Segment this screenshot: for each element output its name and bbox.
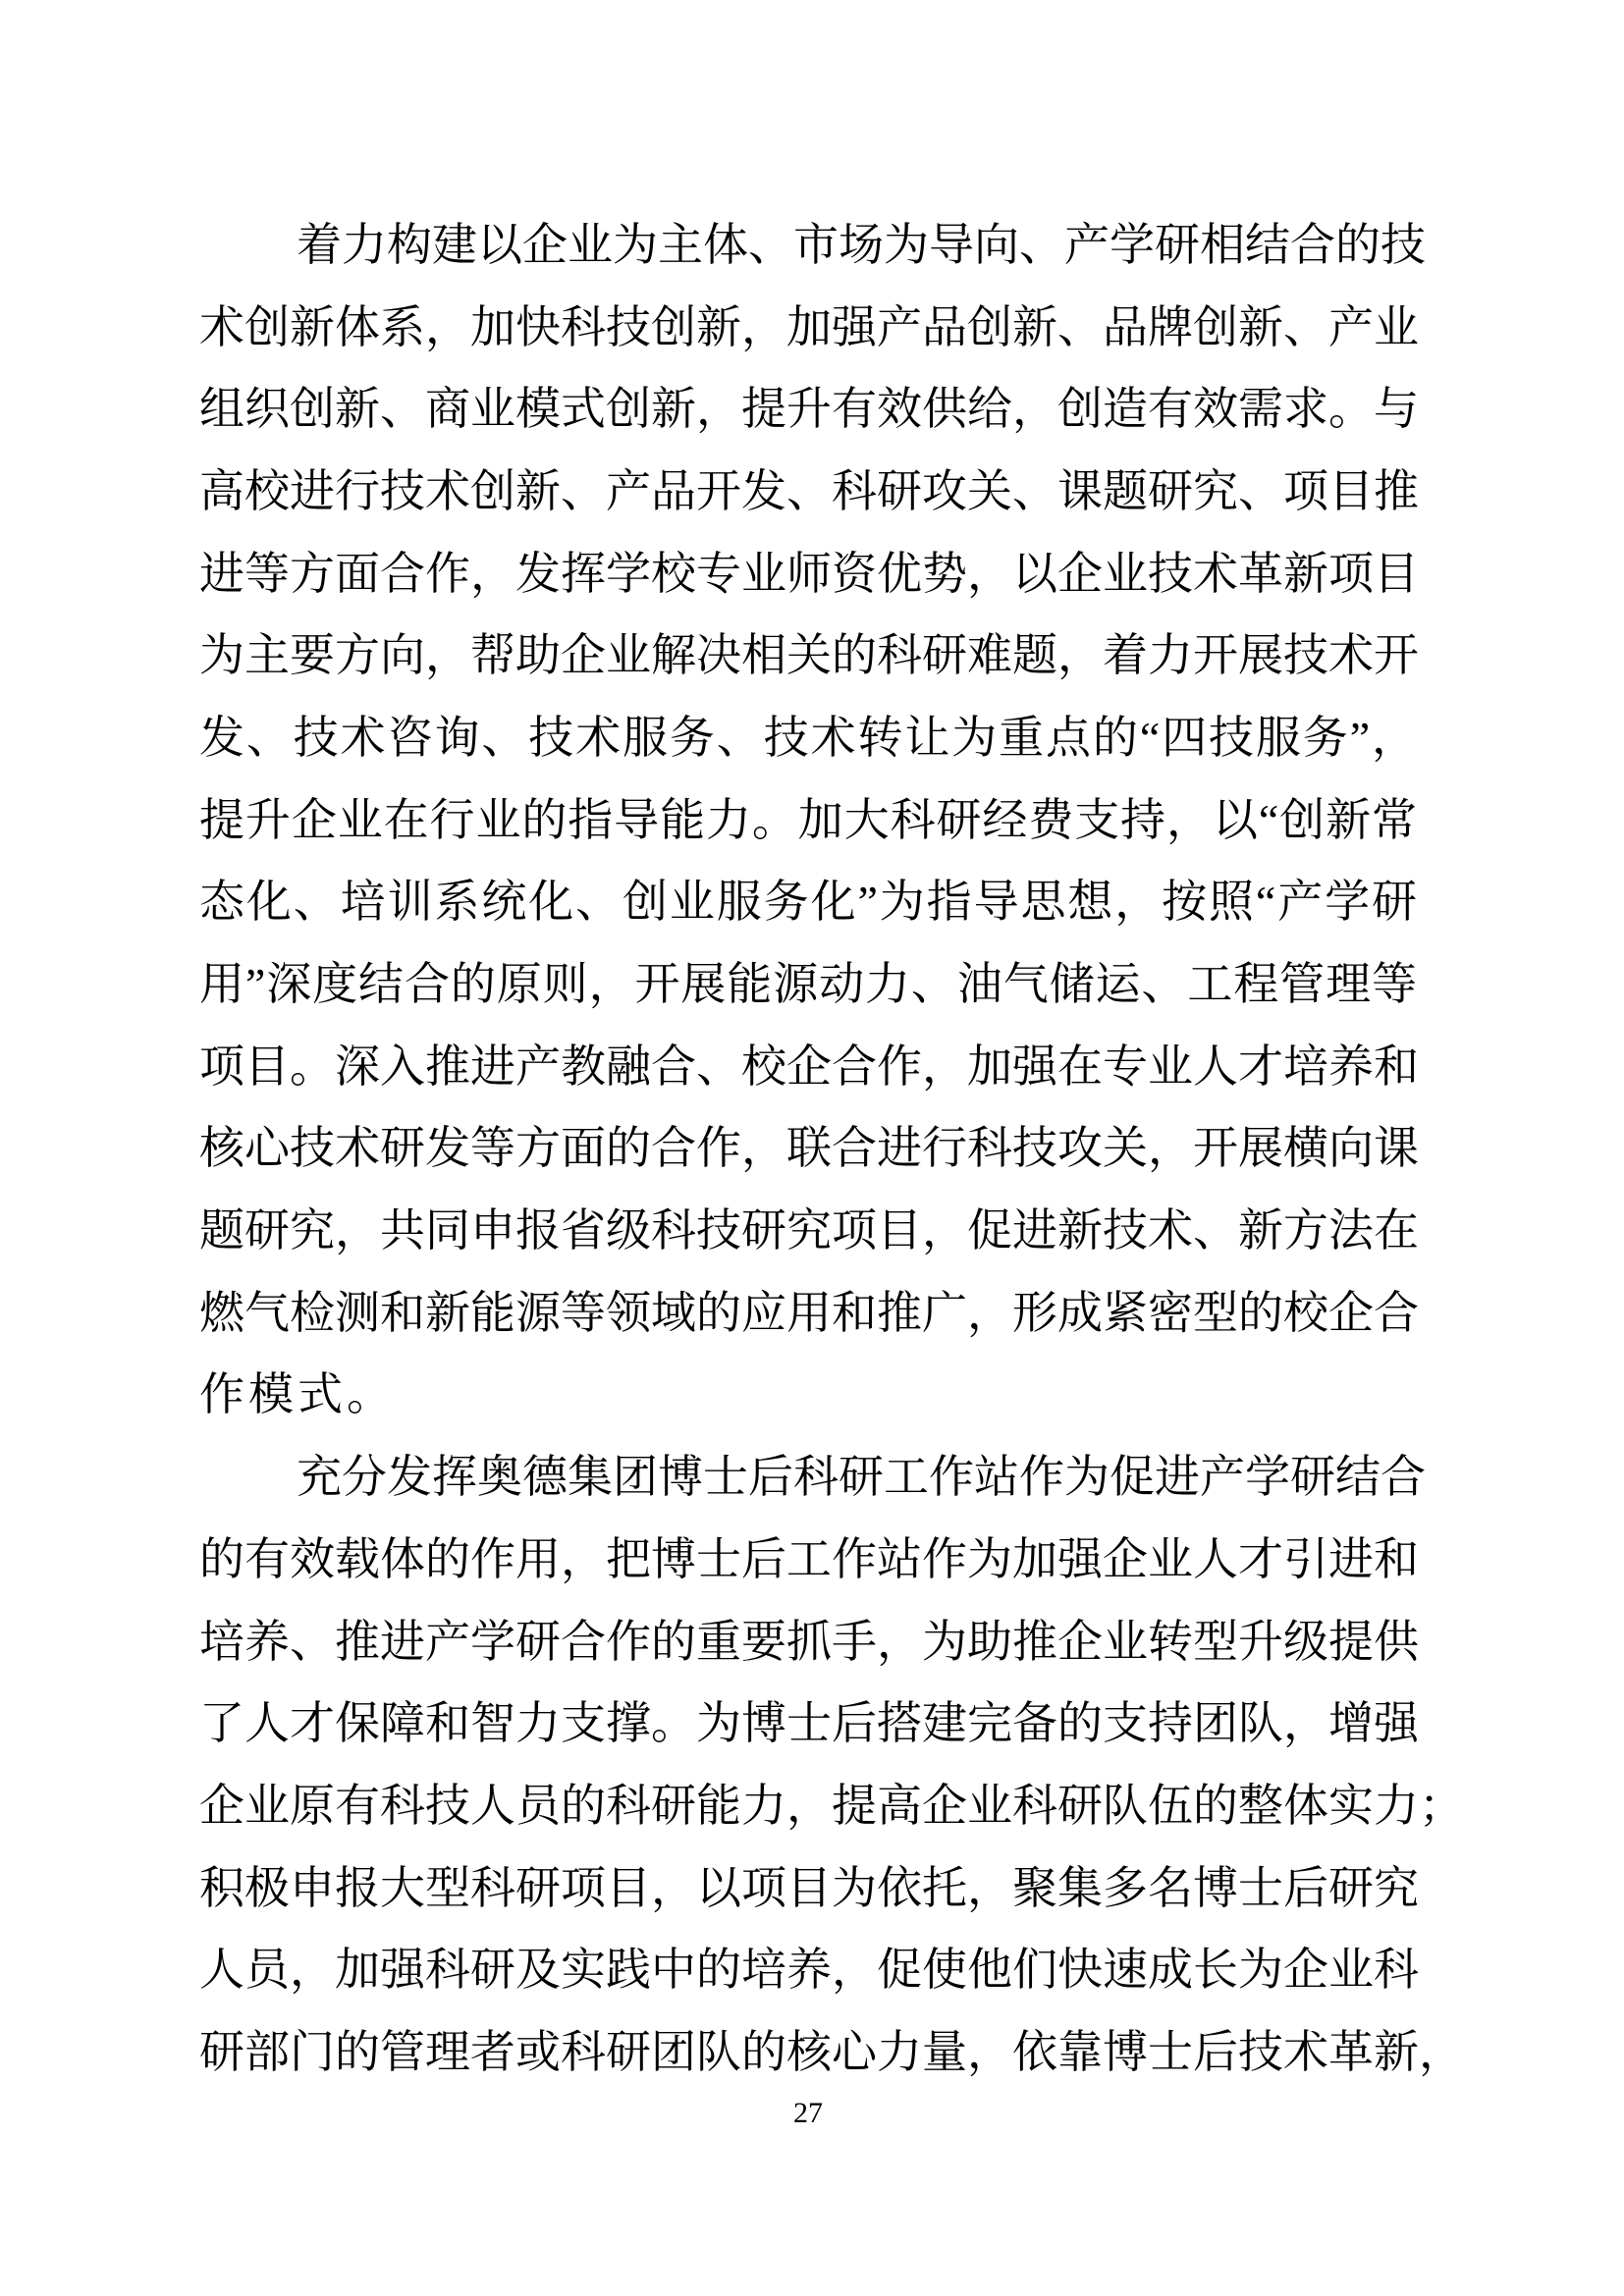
glyph: 团 — [613, 1455, 658, 1500]
glyph: 研 — [937, 798, 982, 843]
glyph: 的 — [1335, 223, 1380, 268]
glyph: 、 — [1141, 962, 1186, 1007]
glyph: 新 — [425, 1291, 470, 1336]
glyph: 术 — [1283, 2030, 1328, 2075]
glyph: 整 — [1238, 1784, 1283, 1829]
glyph: 技 — [380, 469, 425, 514]
glyph: 发 — [199, 716, 244, 761]
glyph: 建 — [922, 1701, 967, 1746]
glyph: 长 — [1193, 1948, 1238, 1993]
glyph: 创 — [290, 387, 335, 432]
glyph: 目 — [1328, 469, 1374, 514]
glyph: 、 — [1057, 305, 1103, 350]
glyph: 中 — [651, 1948, 696, 1993]
glyph: 推 — [1012, 1620, 1057, 1665]
glyph: 载 — [335, 1537, 380, 1582]
glyph: 理 — [1326, 962, 1371, 1007]
glyph: 研 — [380, 1126, 425, 1171]
glyph: 促 — [967, 1208, 1012, 1254]
glyph: 团 — [1193, 1701, 1238, 1746]
glyph: 应 — [741, 1291, 786, 1336]
glyph: 增 — [1328, 1701, 1374, 1746]
glyph: 备 — [1012, 1701, 1057, 1746]
glyph: 能 — [470, 1291, 515, 1336]
glyph: 快 — [515, 305, 561, 350]
glyph: 求 — [1283, 387, 1328, 432]
glyph: 作 — [929, 1455, 974, 1500]
glyph: 帮 — [470, 633, 515, 678]
glyph: 作 — [606, 1620, 651, 1665]
glyph: 牌 — [1148, 305, 1193, 350]
glyph: 的 — [832, 633, 877, 678]
glyph: 目 — [606, 1866, 651, 1911]
glyph: 促 — [1110, 1455, 1155, 1500]
text-line: 题研究，共同申报省级科技研究项目，促进新技术、新方法在 — [199, 1190, 1417, 1272]
glyph: 展 — [680, 962, 726, 1007]
glyph: 态 — [199, 880, 244, 925]
glyph: 新 — [651, 387, 696, 432]
glyph: 申 — [470, 1208, 515, 1254]
glyph: 学 — [606, 552, 651, 597]
glyph: 训 — [388, 880, 433, 925]
glyph: 题 — [1012, 633, 1057, 678]
glyph: 领 — [606, 1291, 651, 1336]
glyph: 有 — [832, 387, 877, 432]
glyph: 作 — [1019, 1455, 1064, 1500]
glyph: 技 — [1283, 633, 1328, 678]
glyph: 校 — [741, 1044, 786, 1090]
glyph: ， — [1372, 716, 1417, 761]
glyph: 强 — [380, 1948, 425, 1993]
glyph: 转 — [1148, 1620, 1193, 1665]
glyph: 技 — [764, 716, 809, 761]
glyph: 士 — [696, 1537, 741, 1582]
text-line: 组织创新、商业模式创新，提升有效供给，创造有效需求。与 — [199, 368, 1417, 451]
text-line: 作模式。 — [199, 1355, 1417, 1437]
glyph: 助 — [515, 633, 561, 678]
paragraph: 着力构建以企业为主体、市场为导向、产学研相结合的技术创新体系，加快科技创新，加强… — [199, 204, 1417, 1436]
glyph: 新 — [1057, 1208, 1103, 1254]
glyph: 业 — [1103, 552, 1148, 597]
glyph: 依 — [1012, 2030, 1057, 2075]
glyph: 后 — [832, 1701, 877, 1746]
glyph: 共 — [380, 1208, 425, 1254]
glyph: 大 — [380, 1866, 425, 1911]
glyph: 测 — [335, 1291, 380, 1336]
glyph: ， — [561, 1537, 606, 1582]
glyph: 术 — [575, 716, 621, 761]
document-page: 着力构建以企业为主体、市场为导向、产学研相结合的技术创新体系，加快科技创新，加强… — [0, 0, 1624, 2296]
glyph: 目 — [877, 1208, 922, 1254]
glyph: 加 — [967, 1044, 1012, 1090]
glyph: 业 — [1148, 1044, 1193, 1090]
glyph: 培 — [1283, 1044, 1328, 1090]
glyph: 向 — [1328, 1126, 1374, 1171]
glyph: 发 — [425, 1126, 470, 1171]
glyph: 合 — [651, 1126, 696, 1171]
glyph: 程 — [1233, 962, 1278, 1007]
glyph: 学 — [470, 1620, 515, 1665]
glyph: 向 — [974, 223, 1019, 268]
glyph: 结 — [1245, 223, 1290, 268]
glyph: 挥 — [432, 1455, 477, 1500]
glyph: 员 — [515, 1784, 561, 1829]
glyph: 德 — [522, 1455, 568, 1500]
glyph: 开 — [1374, 633, 1419, 678]
glyph: 方 — [290, 552, 335, 597]
glyph: 加 — [1012, 1537, 1057, 1582]
glyph: “ — [1259, 798, 1278, 843]
glyph: 体 — [1283, 1784, 1328, 1829]
glyph: 报 — [335, 1866, 380, 1911]
glyph: ， — [741, 1126, 786, 1171]
glyph: 研 — [922, 633, 967, 678]
glyph: 力 — [1148, 633, 1193, 678]
glyph: 、 — [575, 880, 621, 925]
glyph: 术 — [1328, 633, 1374, 678]
text-line: 为主要方向，帮助企业解决相关的科研难题，着力开展技术开 — [199, 614, 1417, 697]
glyph: 产 — [1064, 223, 1110, 268]
glyph: 。 — [1328, 387, 1374, 432]
glyph: 博 — [741, 1701, 786, 1746]
glyph: ， — [290, 1948, 335, 1993]
glyph: 集 — [1057, 1866, 1103, 1911]
glyph: 士 — [703, 1455, 748, 1500]
glyph: 项 — [1328, 552, 1374, 597]
glyph: 创 — [651, 305, 696, 350]
glyph: 的 — [606, 1126, 651, 1171]
glyph: 作 — [832, 1537, 877, 1582]
glyph: 人 — [199, 1948, 244, 1993]
text-line: 研部门的管理者或科研团队的核心力量，依靠博士后技术革新， — [199, 2011, 1417, 2094]
glyph: 按 — [1162, 880, 1207, 925]
glyph: 为 — [880, 880, 925, 925]
glyph: 让 — [904, 716, 949, 761]
glyph: 效 — [1193, 387, 1238, 432]
glyph: 加 — [786, 305, 832, 350]
glyph: 、 — [561, 469, 606, 514]
glyph: 企 — [292, 798, 337, 843]
glyph: 研 — [199, 2030, 244, 2075]
glyph: 学 — [1245, 1455, 1290, 1500]
glyph: 型 — [1193, 1620, 1238, 1665]
glyph: 提 — [1328, 1620, 1374, 1665]
glyph: 进 — [1328, 1537, 1374, 1582]
glyph: 术 — [425, 469, 470, 514]
glyph: ， — [967, 1291, 1012, 1336]
glyph: 持 — [1120, 798, 1165, 843]
glyph: 务 — [764, 880, 809, 925]
glyph: 建 — [432, 223, 477, 268]
glyph: ， — [425, 305, 470, 350]
glyph: ， — [877, 1620, 922, 1665]
glyph: 在 — [1057, 1044, 1103, 1090]
glyph: 产 — [425, 1620, 470, 1665]
glyph: 后 — [1193, 2030, 1238, 2075]
glyph: 研 — [839, 1455, 884, 1500]
glyph: 、 — [294, 880, 339, 925]
glyph: 攻 — [1057, 1126, 1103, 1171]
glyph: 者 — [470, 2030, 515, 2075]
glyph: ， — [696, 387, 741, 432]
glyph: 们 — [1012, 1948, 1057, 1993]
glyph: 企 — [1057, 552, 1103, 597]
glyph: 了 — [199, 1701, 244, 1746]
glyph: 的 — [425, 1537, 470, 1582]
glyph: 咨 — [388, 716, 433, 761]
glyph: 力 — [1374, 1784, 1419, 1829]
glyph: 技 — [1380, 223, 1426, 268]
glyph: 的 — [335, 2030, 380, 2075]
glyph: 企 — [199, 1784, 244, 1829]
glyph: 常 — [1372, 798, 1417, 843]
glyph: 题 — [1103, 469, 1148, 514]
glyph: 力 — [865, 962, 910, 1007]
glyph: 培 — [741, 1948, 786, 1993]
glyph: 合 — [1380, 1455, 1426, 1500]
glyph: 想 — [1067, 880, 1112, 925]
glyph: 智 — [470, 1701, 515, 1746]
glyph: 高 — [199, 469, 244, 514]
glyph: 合 — [832, 1044, 877, 1090]
glyph: ， — [967, 2030, 1012, 2075]
glyph: 为 — [884, 223, 929, 268]
glyph: 展 — [1238, 633, 1283, 678]
glyph: 相 — [1200, 223, 1245, 268]
glyph: 企 — [1283, 1948, 1328, 1993]
glyph: 点 — [1046, 716, 1091, 761]
glyph: 革 — [1238, 552, 1283, 597]
glyph: 加 — [798, 798, 843, 843]
text-line: 高校进行技术创新、产品开发、科研攻关、课题研究、项目推 — [199, 451, 1417, 533]
glyph: 创 — [606, 387, 651, 432]
glyph: 研 — [1372, 880, 1417, 925]
glyph: 为 — [967, 1537, 1012, 1582]
glyph: 、 — [380, 387, 425, 432]
glyph: 关 — [1103, 1126, 1148, 1171]
glyph: 原 — [497, 962, 542, 1007]
glyph: 进 — [290, 469, 335, 514]
glyph: 式 — [561, 387, 606, 432]
glyph: 速 — [1103, 1948, 1148, 1993]
glyph: 作 — [877, 1044, 922, 1090]
glyph: 高 — [877, 1784, 922, 1829]
glyph: 行 — [430, 798, 475, 843]
document-body-text: 着力构建以企业为主体、市场为导向、产学研相结合的技术创新体系，加快科技创新，加强… — [199, 204, 1417, 2094]
glyph: 进 — [1012, 1208, 1057, 1254]
glyph: 术 — [1193, 552, 1238, 597]
glyph: 重 — [696, 1620, 741, 1665]
glyph: 势 — [922, 552, 967, 597]
glyph: 队 — [1103, 1784, 1148, 1829]
glyph: 创 — [244, 305, 290, 350]
glyph: 术 — [335, 1126, 380, 1171]
glyph: 科 — [832, 469, 877, 514]
glyph: ， — [589, 962, 634, 1007]
text-line: 提升企业在行业的指导能力。加大科研经费支持，以“创新常 — [199, 779, 1417, 862]
glyph: 要 — [290, 633, 335, 678]
glyph: 依 — [877, 1866, 922, 1911]
glyph: 开 — [1193, 633, 1238, 678]
glyph: 深 — [335, 1044, 380, 1090]
glyph: 费 — [1028, 798, 1073, 843]
glyph: 项 — [561, 1866, 606, 1911]
glyph: ， — [922, 1044, 967, 1090]
glyph: 、 — [1238, 469, 1283, 514]
glyph: 团 — [651, 2030, 696, 2075]
glyph: 研 — [470, 1948, 515, 1993]
glyph: 站 — [877, 1537, 922, 1582]
glyph: 才 — [290, 1701, 335, 1746]
glyph: 作 — [199, 1372, 244, 1417]
glyph: 为 — [1064, 1455, 1110, 1500]
glyph: 业 — [606, 633, 651, 678]
glyph: 为 — [951, 716, 997, 761]
glyph: 。 — [651, 1701, 696, 1746]
glyph: 力 — [342, 223, 387, 268]
glyph: 站 — [974, 1455, 1019, 1500]
glyph: 升 — [786, 387, 832, 432]
glyph: 式 — [298, 1372, 343, 1417]
glyph: 人 — [1193, 1044, 1238, 1090]
glyph: 科 — [561, 305, 606, 350]
glyph: 充 — [297, 1455, 342, 1500]
glyph: 同 — [425, 1208, 470, 1254]
glyph: 创 — [1057, 387, 1103, 432]
glyph: 持 — [1148, 1701, 1193, 1746]
glyph: 的 — [199, 1537, 244, 1582]
glyph: 手 — [832, 1620, 877, 1665]
glyph: 项 — [832, 1208, 877, 1254]
glyph: 服 — [623, 716, 668, 761]
glyph: 队 — [696, 2030, 741, 2075]
glyph: 研 — [1155, 223, 1200, 268]
glyph: 教 — [561, 1044, 606, 1090]
text-line: 燃气检测和新能源等领域的应用和推广，形成紧密型的校企合 — [199, 1272, 1417, 1355]
glyph: 科 — [651, 1208, 696, 1254]
glyph: 密 — [1148, 1291, 1193, 1336]
glyph: 科 — [380, 1784, 425, 1829]
glyph: 工 — [1187, 962, 1232, 1007]
glyph: 校 — [651, 552, 696, 597]
glyph: 后 — [1283, 1866, 1328, 1911]
glyph: 工 — [786, 1537, 832, 1582]
glyph: 促 — [877, 1948, 922, 1993]
glyph: 研 — [741, 1208, 786, 1254]
glyph: 障 — [380, 1701, 425, 1746]
glyph: 以 — [1012, 552, 1057, 597]
glyph: 组 — [199, 387, 244, 432]
glyph: 科 — [425, 1948, 470, 1993]
glyph: 化 — [528, 880, 573, 925]
glyph: 动 — [819, 962, 864, 1007]
glyph: 使 — [922, 1948, 967, 1993]
glyph: 业 — [1148, 1537, 1193, 1582]
glyph: 的 — [696, 1291, 741, 1336]
glyph: 、 — [1283, 305, 1328, 350]
glyph: 奥 — [477, 1455, 522, 1500]
glyph: 究 — [1193, 469, 1238, 514]
glyph: 业 — [244, 1784, 290, 1829]
glyph: 技 — [290, 1126, 335, 1171]
glyph: ， — [1283, 1701, 1328, 1746]
glyph: 技 — [1209, 716, 1254, 761]
glyph: 究 — [786, 1208, 832, 1254]
glyph: ， — [741, 305, 786, 350]
glyph: 进 — [199, 552, 244, 597]
glyph: 储 — [1050, 962, 1095, 1007]
text-line: 进等方面合作，发挥学校专业师资优势，以企业技术革新项目 — [199, 533, 1417, 615]
glyph: 源 — [773, 962, 818, 1007]
glyph: 燃 — [199, 1291, 244, 1336]
glyph: 合 — [832, 1126, 877, 1171]
glyph: 业 — [338, 798, 383, 843]
glyph: 新 — [515, 469, 561, 514]
glyph: 课 — [1374, 1126, 1419, 1171]
glyph: 服 — [717, 880, 762, 925]
glyph: 员 — [244, 1948, 290, 1993]
glyph: 升 — [245, 798, 291, 843]
glyph: 积 — [199, 1866, 244, 1911]
glyph: 支 — [1103, 1701, 1148, 1746]
glyph: 。 — [752, 798, 797, 843]
glyph: 业 — [670, 880, 715, 925]
text-line: 了人才保障和智力支撑。为博士后搭建完备的支持团队，增强 — [199, 1682, 1417, 1765]
glyph: 技 — [696, 1208, 741, 1254]
glyph: 队 — [1238, 1701, 1283, 1746]
glyph: 核 — [786, 2030, 832, 2075]
glyph: 报 — [515, 1208, 561, 1254]
glyph: 发 — [741, 469, 786, 514]
glyph: 系 — [380, 305, 425, 350]
glyph: 行 — [922, 1126, 967, 1171]
glyph: 名 — [1148, 1866, 1193, 1911]
glyph: 体 — [335, 305, 380, 350]
glyph: 供 — [1374, 1620, 1419, 1665]
glyph: 力 — [706, 798, 751, 843]
glyph: 技 — [1148, 552, 1193, 597]
glyph: 市 — [793, 223, 839, 268]
glyph: 的 — [521, 798, 567, 843]
glyph: ， — [1114, 880, 1160, 925]
glyph: 气 — [1003, 962, 1049, 1007]
text-line: 着力构建以企业为主体、市场为导向、产学研相结合的技 — [199, 204, 1417, 287]
glyph: 化 — [246, 880, 292, 925]
glyph: 以 — [1213, 798, 1258, 843]
glyph: 新 — [290, 305, 335, 350]
glyph: 心 — [832, 2030, 877, 2075]
glyph: 的 — [451, 962, 496, 1007]
glyph: 、 — [717, 716, 762, 761]
glyph: 创 — [470, 469, 515, 514]
glyph: 方 — [1283, 1208, 1328, 1254]
glyph: ” — [245, 962, 265, 1007]
glyph: 创 — [1193, 305, 1238, 350]
glyph: 目 — [786, 1866, 832, 1911]
glyph: 域 — [651, 1291, 696, 1336]
glyph: 践 — [606, 1948, 651, 1993]
glyph: 他 — [967, 1948, 1012, 1993]
glyph: 科 — [470, 1866, 515, 1911]
text-line: 术创新体系，加快科技创新，加强产品创新、品牌创新、产业 — [199, 287, 1417, 369]
glyph: 抓 — [786, 1620, 832, 1665]
glyph: 指 — [927, 880, 972, 925]
glyph: 士 — [1148, 2030, 1193, 2075]
glyph: 给 — [967, 387, 1012, 432]
glyph: ， — [1419, 2030, 1464, 2075]
glyph: 造 — [1103, 387, 1148, 432]
glyph: ” — [857, 880, 877, 925]
